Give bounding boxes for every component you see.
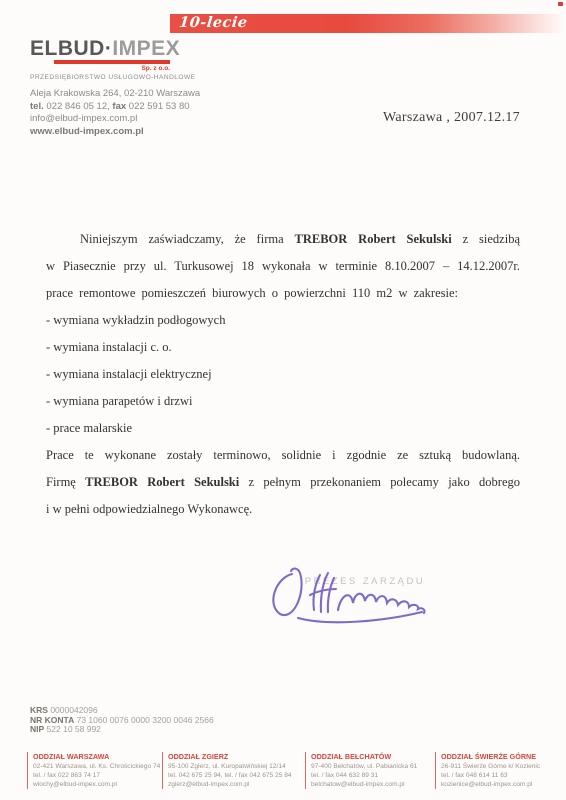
branch-email: kozienice@elbud-impex.com.pl	[441, 780, 566, 789]
contact-phone-line: tel. 022 846 05 12, fax 022 591 53 80	[30, 101, 200, 114]
anniversary-banner: 10-lecie	[170, 14, 566, 33]
work-list-item: - wymiana parapetów i drzwi	[46, 388, 520, 415]
body-line-10: Firmę TREBOR Robert Sekulski z pełnym pr…	[46, 469, 520, 496]
branch-phone: tel. / fax 044 632 89 31	[311, 771, 435, 780]
konto-value: 73 1060 0076 0000 3200 0046 2566	[77, 715, 214, 725]
body-line-3: prace remontowe pomieszczeń biurowych o …	[46, 280, 458, 307]
scanned-letter-page: 10-lecie ELBUD·IMPEX Sp. z o.o. PRZEDSIĘ…	[0, 0, 566, 800]
contact-website: www.elbud-impex.com.pl	[30, 126, 200, 139]
branch-address: 26-911 Świerże Górne k/ Kozienic	[441, 762, 566, 771]
letter-body: Niniejszym zaświadczamy, że firma TREBOR…	[46, 226, 520, 523]
body-line-10-bold-company: TREBOR Robert Sekulski	[85, 475, 239, 489]
body-line-1-post: z siedzibą	[452, 232, 520, 246]
branch-email: zgierz@elbud-impex.com.pl	[168, 780, 305, 789]
contact-block: Aleja Krakowska 264, 02-210 Warszawa tel…	[30, 88, 200, 138]
contact-address: Aleja Krakowska 264, 02-210 Warszawa	[30, 88, 200, 101]
konto-label: NR KONTA	[30, 715, 74, 725]
logo-red-underline	[54, 60, 170, 64]
tel-label: tel.	[30, 101, 44, 112]
nip-label: NIP	[30, 724, 44, 734]
branch-office-belchatow: ODDZIAŁ BEŁCHATÓW 97-400 Bełchatów, ul. …	[305, 752, 435, 789]
body-line-11: i w pełni odpowiedzialnego Wykonawcę.	[46, 496, 520, 523]
body-line-10-pre: Firmę	[46, 475, 85, 489]
krs-label: KRS	[30, 705, 48, 715]
handwritten-signature-image	[262, 558, 438, 642]
body-line-2: w Piasecznie przy ul. Turkusowej 18 wyko…	[46, 253, 520, 280]
branch-title: ODDZIAŁ ŚWIERŻE GÓRNE	[441, 752, 566, 762]
nip-line: NIP 522 10 58 992	[30, 725, 214, 735]
branch-title: ODDZIAŁ WARSZAWA	[33, 752, 162, 762]
registration-block: KRS 0000042096 NR KONTA 73 1060 0076 000…	[30, 706, 214, 735]
krs-value: 0000042096	[50, 705, 97, 715]
nip-value: 522 10 58 992	[47, 724, 101, 734]
work-list-item: - wymiana instalacji c. o.	[46, 334, 520, 361]
body-line-1: Niniejszym zaświadczamy, że firma TREBOR…	[46, 226, 520, 253]
branch-offices-footer: ODDZIAŁ WARSZAWA 02-421 Warszawa, ul. Ks…	[27, 752, 566, 789]
logo-text-impex: IMPEX	[112, 37, 180, 60]
work-list-item: - prace malarskie	[46, 415, 520, 442]
anniversary-banner-label: 10-lecie	[178, 14, 248, 33]
scan-artifact-dot	[558, 2, 563, 6]
branch-phone: tel. / fax 048 614 11 63	[441, 771, 566, 780]
branch-address: 02-421 Warszawa, ul. Ks. Chrościckiego 7…	[33, 762, 162, 771]
branch-address: 95-100 Zgierz, ul. Kuropatwińskiej 12/14	[168, 762, 305, 771]
branch-phone: tel. / fax 022 863 74 17	[33, 771, 162, 780]
logo-wordmark: ELBUD·IMPEX	[30, 38, 170, 59]
branch-office-zgierz: ODDZIAŁ ZGIERZ 95-100 Zgierz, ul. Kuropa…	[162, 752, 305, 789]
branch-email: belchatow@elbud-impex.com.pl	[311, 780, 435, 789]
branch-title: ODDZIAŁ ZGIERZ	[168, 752, 305, 762]
branch-office-swierze-gorne: ODDZIAŁ ŚWIERŻE GÓRNE 26-911 Świerże Gór…	[435, 752, 566, 789]
fax-value: 022 591 53 80	[126, 101, 189, 112]
branch-phone: tel. 042 675 25 94, tel. / fax 042 675 2…	[168, 771, 305, 780]
tel-value: 022 846 05 12,	[44, 101, 113, 112]
logo-text-elbud: ELBUD·	[30, 37, 112, 60]
logo-company-suffix: Sp. z o.o.	[30, 65, 170, 72]
contact-email: info@elbud-impex.com.pl	[30, 113, 200, 126]
work-list-item: - wymiana wykładzin podłogowych	[46, 307, 520, 334]
logo-subtitle: PRZEDSIĘBIORSTWO USŁUGOWO-HANDLOWE	[30, 74, 170, 81]
branch-email: wlochy@elbud-impex.com.pl	[33, 780, 162, 789]
body-line-1-bold-company: TREBOR Robert Sekulski	[295, 232, 452, 246]
body-line-9: Prace te wykonane zostały terminowo, sol…	[46, 442, 520, 469]
branch-address: 97-400 Bełchatów, ul. Pabianicka 61	[311, 762, 435, 771]
company-logo: ELBUD·IMPEX Sp. z o.o. PRZEDSIĘBIORSTWO …	[30, 38, 170, 81]
fax-label: fax	[112, 101, 126, 112]
branch-office-warszawa: ODDZIAŁ WARSZAWA 02-421 Warszawa, ul. Ks…	[27, 752, 162, 789]
body-line-10-post: z pełnym przekonaniem polecamy jako dobr…	[239, 475, 520, 489]
body-line-1-pre: Niniejszym zaświadczamy, że firma	[80, 232, 295, 246]
dateline: Warszawa , 2007.12.17	[383, 110, 520, 126]
work-list-item: - wymiana instalacji elektrycznej	[46, 361, 520, 388]
branch-title: ODDZIAŁ BEŁCHATÓW	[311, 752, 435, 762]
